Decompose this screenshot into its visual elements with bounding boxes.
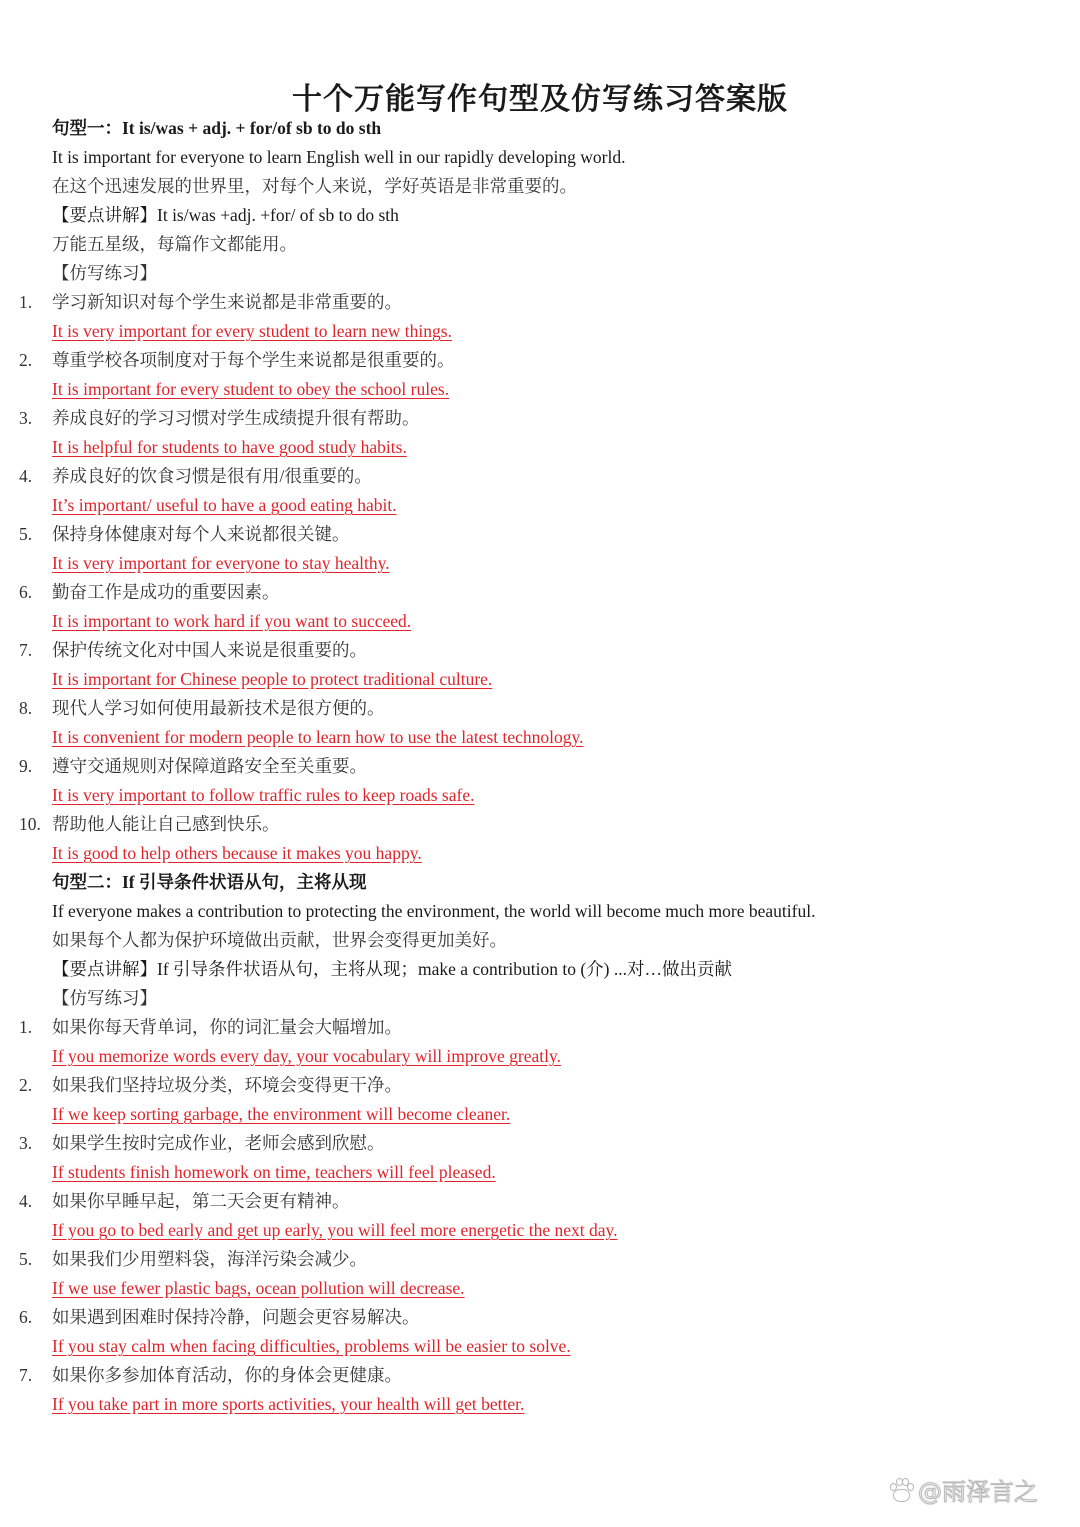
section-1-note: 万能五星级，每篇作文都能用。	[52, 233, 297, 255]
exercise-prompt-cn: 如果我们少用塑料袋，海洋污染会减少。	[52, 1248, 367, 1270]
exercise-answer-en: It is important for Chinese people to pr…	[52, 668, 492, 690]
section-1-key-point: 【要点讲解】It is/was +adj. +for/ of sb to do …	[52, 204, 399, 226]
exercise-number: 7.	[19, 639, 32, 661]
document-title: 十个万能写作句型及仿写练习答案版	[0, 74, 1080, 118]
exercise-prompt-cn: 养成良好的饮食习惯是很有用/很重要的。	[52, 465, 372, 487]
exercise-answer-en: It is very important to follow traffic r…	[52, 784, 474, 806]
section-2-example-en: If everyone makes a contribution to prot…	[52, 900, 815, 922]
exercise-number: 1.	[19, 291, 32, 313]
exercise-answer-en: It is very important for everyone to sta…	[52, 552, 390, 574]
exercise-number: 8.	[19, 697, 32, 719]
exercise-answer-en: If we keep sorting garbage, the environm…	[52, 1103, 510, 1125]
section-1-example-cn: 在这个迅速发展的世界里，对每个人来说，学好英语是非常重要的。	[52, 175, 577, 197]
exercise-number: 3.	[19, 1132, 32, 1154]
exercise-answer-en: It is important for every student to obe…	[52, 378, 449, 400]
exercise-number: 2.	[19, 349, 32, 371]
exercise-prompt-cn: 帮助他人能让自己感到快乐。	[52, 813, 280, 835]
exercise-prompt-cn: 养成良好的学习习惯对学生成绩提升很有帮助。	[52, 407, 420, 429]
exercise-prompt-cn: 如果你每天背单词，你的词汇量会大幅增加。	[52, 1016, 402, 1038]
exercise-answer-en: If you take part in more sports activiti…	[52, 1393, 524, 1415]
exercise-answer-en: If you memorize words every day, your vo…	[52, 1045, 561, 1067]
exercise-answer-en: If you stay calm when facing difficultie…	[52, 1335, 571, 1357]
exercise-prompt-cn: 如果你早睡早起，第二天会更有精神。	[52, 1190, 350, 1212]
exercise-prompt-cn: 现代人学习如何使用最新技术是很方便的。	[52, 697, 385, 719]
exercise-prompt-cn: 如果你多参加体育活动，你的身体会更健康。	[52, 1364, 402, 1386]
section-2-example-cn: 如果每个人都为保护环境做出贡献，世界会变得更加美好。	[52, 929, 507, 951]
exercise-number: 3.	[19, 407, 32, 429]
exercise-number: 2.	[19, 1074, 32, 1096]
exercise-number: 10.	[19, 813, 41, 835]
exercise-prompt-cn: 保持身体健康对每个人来说都很关键。	[52, 523, 350, 545]
exercise-number: 9.	[19, 755, 32, 777]
exercise-answer-en: It’s important/ useful to have a good ea…	[52, 494, 397, 516]
exercise-answer-en: It is very important for every student t…	[52, 320, 452, 342]
exercise-prompt-cn: 保护传统文化对中国人来说是很重要的。	[52, 639, 367, 661]
section-2-heading: 句型二：If 引导条件状语从句，主将从现	[52, 871, 367, 893]
exercise-number: 7.	[19, 1364, 32, 1386]
section-1-practice-label: 【仿写练习】	[52, 262, 157, 284]
exercise-answer-en: It is good to help others because it mak…	[52, 842, 422, 864]
exercise-prompt-cn: 如果学生按时完成作业，老师会感到欣慰。	[52, 1132, 385, 1154]
section-1-heading: 句型一：It is/was + adj. + for/of sb to do s…	[52, 117, 381, 139]
exercise-prompt-cn: 学习新知识对每个学生来说都是非常重要的。	[52, 291, 402, 313]
exercise-prompt-cn: 如果我们坚持垃圾分类，环境会变得更干净。	[52, 1074, 402, 1096]
exercise-number: 1.	[19, 1016, 32, 1038]
exercise-prompt-cn: 勤奋工作是成功的重要因素。	[52, 581, 280, 603]
exercise-prompt-cn: 如果遇到困难时保持冷静，问题会更容易解决。	[52, 1306, 420, 1328]
exercise-answer-en: It is important to work hard if you want…	[52, 610, 411, 632]
exercise-number: 4.	[19, 465, 32, 487]
exercise-prompt-cn: 尊重学校各项制度对于每个学生来说都是很重要的。	[52, 349, 455, 371]
exercise-number: 6.	[19, 581, 32, 603]
section-2-key-point: 【要点讲解】If 引导条件状语从句，主将从现；make a contributi…	[52, 958, 732, 980]
exercise-number: 6.	[19, 1306, 32, 1328]
exercise-answer-en: If we use fewer plastic bags, ocean poll…	[52, 1277, 465, 1299]
exercise-number: 4.	[19, 1190, 32, 1212]
exercise-answer-en: It is helpful for students to have good …	[52, 436, 407, 458]
section-1-example-en: It is important for everyone to learn En…	[52, 146, 625, 168]
exercise-number: 5.	[19, 1248, 32, 1270]
exercise-answer-en: If you go to bed early and get up early,…	[52, 1219, 617, 1241]
exercise-prompt-cn: 遵守交通规则对保障道路安全至关重要。	[52, 755, 367, 777]
exercise-number: 5.	[19, 523, 32, 545]
watermark-text: @雨泽言之	[918, 1472, 1038, 1507]
exercise-answer-en: If students finish homework on time, tea…	[52, 1161, 496, 1183]
watermark: @雨泽言之	[888, 1472, 1038, 1507]
section-2-practice-label: 【仿写练习】	[52, 987, 157, 1009]
baidu-paw-icon	[888, 1477, 914, 1503]
exercise-answer-en: It is convenient for modern people to le…	[52, 726, 584, 748]
